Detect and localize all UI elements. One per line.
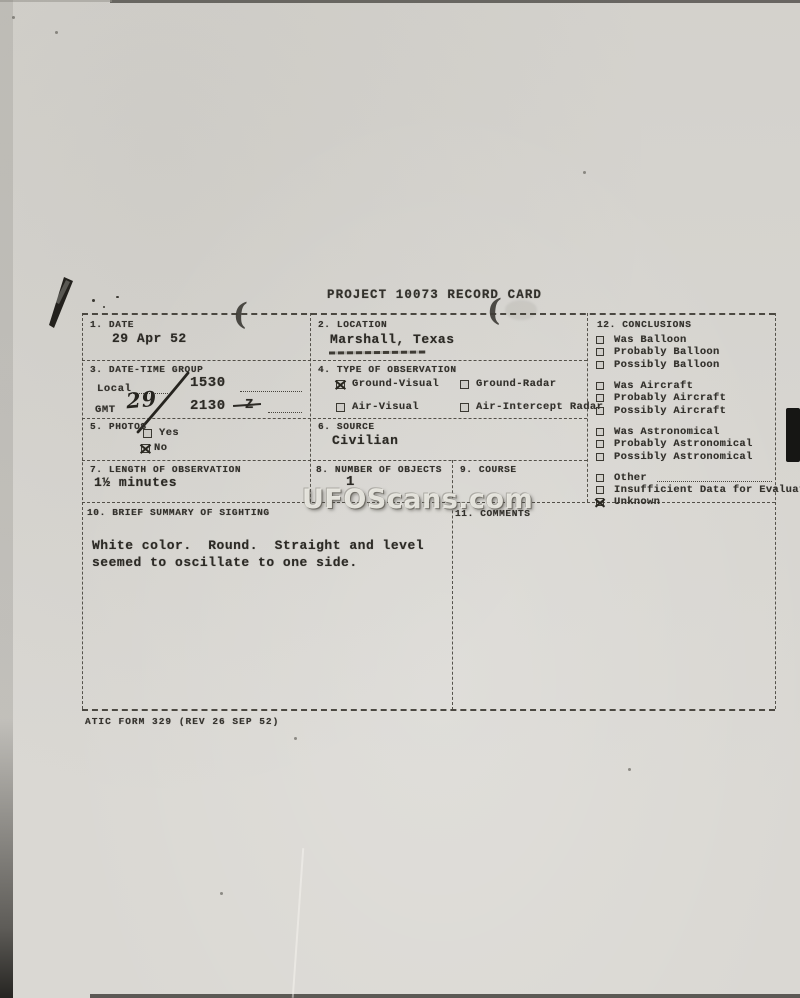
watermark: UFOScans.com [302,484,533,515]
form-number-footer: ATIC FORM 329 (REV 26 SEP 52) [85,716,279,727]
conclusion-item: Was Balloon [596,334,774,346]
scan-artifact-black-bar [786,408,800,462]
conclusions-list: Was Balloon Probably Balloon Possibly Ba… [596,334,774,509]
conclusion-item: Other [596,472,774,484]
option-ground-radar: Ground-Radar [460,378,556,390]
insufficient-data-checkbox[interactable] [596,486,604,494]
local-time-value: 1530 [190,375,226,391]
conclusion-item-label: Other [614,472,647,484]
conclusion-item-label: Probably Aircraft [614,392,726,404]
row-divider [82,460,587,461]
dotted-leader [657,473,772,482]
unknown-checkbox[interactable] [596,498,604,506]
smudge-mark [505,300,537,320]
ink-dot [92,299,95,302]
conclusion-item-label: Possibly Balloon [614,359,720,371]
air-intercept-radar-checkbox[interactable] [460,403,469,412]
photos-label: 5. PHOTOS [90,421,147,432]
brief-summary-line1: White color. Round. Straight and level [92,538,424,553]
photos-yes-checkbox[interactable] [143,429,152,438]
ink-dot [116,296,119,298]
conclusion-item-label: Possibly Astronomical [614,451,753,463]
source-value: Civilian [332,433,398,448]
was-balloon-checkbox[interactable] [596,336,604,344]
conclusion-item: Insufficient Data for Evaluation [596,484,774,496]
paper-crease [292,848,304,998]
probably-aircraft-checkbox[interactable] [596,394,604,402]
number-of-objects-label: 8. NUMBER OF OBJECTS [316,464,442,475]
card-border-bottom [82,709,775,711]
conclusion-item: Unknown [596,496,774,508]
course-label: 9. COURSE [460,464,517,475]
type-of-observation-label: 4. TYPE OF OBSERVATION [318,364,457,375]
conclusion-item: Possibly Astronomical [596,450,774,462]
scan-edge-top-left [0,0,112,2]
conclusion-item: Probably Balloon [596,346,774,358]
conclusion-item: Possibly Balloon [596,359,774,371]
option-label: Air-Visual [352,401,419,413]
paper-speck [55,31,58,34]
paper-speck [294,737,297,740]
ground-radar-checkbox[interactable] [460,380,469,389]
gmt-time-value: 2130 [190,398,226,414]
possibly-aircraft-checkbox[interactable] [596,407,604,415]
was-aircraft-checkbox[interactable] [596,382,604,390]
scan-edge-bottom [90,994,800,998]
source-label: 6. SOURCE [318,421,375,432]
row-divider [82,360,587,361]
ink-dot [103,306,105,308]
option-label: No [154,442,167,454]
length-of-observation-label: 7. LENGTH OF OBSERVATION [90,464,241,475]
other-checkbox[interactable] [596,474,604,482]
option-photos-yes: Yes [143,427,179,439]
paper-speck [12,16,15,19]
paper-speck [628,768,631,771]
option-label: Ground-Visual [352,378,439,390]
scan-edge-left [0,0,13,998]
column-divider [310,313,311,502]
photos-no-checkbox[interactable] [141,444,150,453]
date-value: 29 Apr 52 [112,331,187,346]
pen-underline [329,350,426,354]
gmt-label: GMT [95,404,116,416]
conclusion-item: Was Aircraft [596,380,774,392]
option-label: Yes [159,427,179,439]
conclusion-item-label: Probably Balloon [614,346,720,358]
dotted-leader [240,391,302,392]
option-photos-no: No [141,442,167,454]
conclusion-item: Possibly Aircraft [596,404,774,416]
option-air-visual: Air-Visual [336,401,419,413]
location-label: 2. LOCATION [318,319,387,330]
scan-edge-top [110,0,800,3]
conclusion-item-label: Was Balloon [614,334,687,346]
card-title: PROJECT 10073 RECORD CARD [327,288,542,302]
ink-flag-mark [40,276,76,332]
option-ground-visual: Ground-Visual [336,378,439,390]
conclusion-item-label: Insufficient Data for Evaluation [614,484,800,496]
probably-balloon-checkbox[interactable] [596,348,604,356]
date-label: 1. DATE [90,319,134,330]
scanned-record-card-page: ( ( PROJECT 10073 RECORD CARD 1. DATE 29… [0,0,800,998]
conclusion-item: Was Astronomical [596,426,774,438]
was-astronomical-checkbox[interactable] [596,428,604,436]
conclusion-item: Probably Astronomical [596,438,774,450]
brief-summary-line2: seemed to oscillate to one side. [92,555,358,570]
paper-speck [220,892,223,895]
option-label: Air-Intercept Radar [476,401,603,413]
probably-astronomical-checkbox[interactable] [596,440,604,448]
dotted-leader [268,412,302,413]
option-air-intercept-radar: Air-Intercept Radar [460,401,603,413]
conclusion-item-label: Was Aircraft [614,380,693,392]
option-label: Ground-Radar [476,378,556,390]
ground-visual-checkbox[interactable] [336,380,345,389]
conclusion-item-label: Possibly Aircraft [614,405,726,417]
air-visual-checkbox[interactable] [336,403,345,412]
card-border-top [82,313,775,315]
location-value: Marshall, Texas [330,332,455,347]
conclusion-item-label: Unknown [614,496,660,508]
possibly-balloon-checkbox[interactable] [596,361,604,369]
conclusion-item-label: Was Astronomical [614,426,720,438]
conclusion-item: Probably Aircraft [596,392,774,404]
card-border-right [775,313,776,709]
conclusion-item-label: Probably Astronomical [614,438,753,450]
conclusions-label: 12. CONCLUSIONS [597,319,692,330]
brief-summary-label: 10. BRIEF SUMMARY OF SIGHTING [87,507,270,518]
paper-speck [583,171,586,174]
length-of-observation-value: 1½ minutes [94,475,177,490]
possibly-astronomical-checkbox[interactable] [596,453,604,461]
card-border-left [82,313,83,709]
